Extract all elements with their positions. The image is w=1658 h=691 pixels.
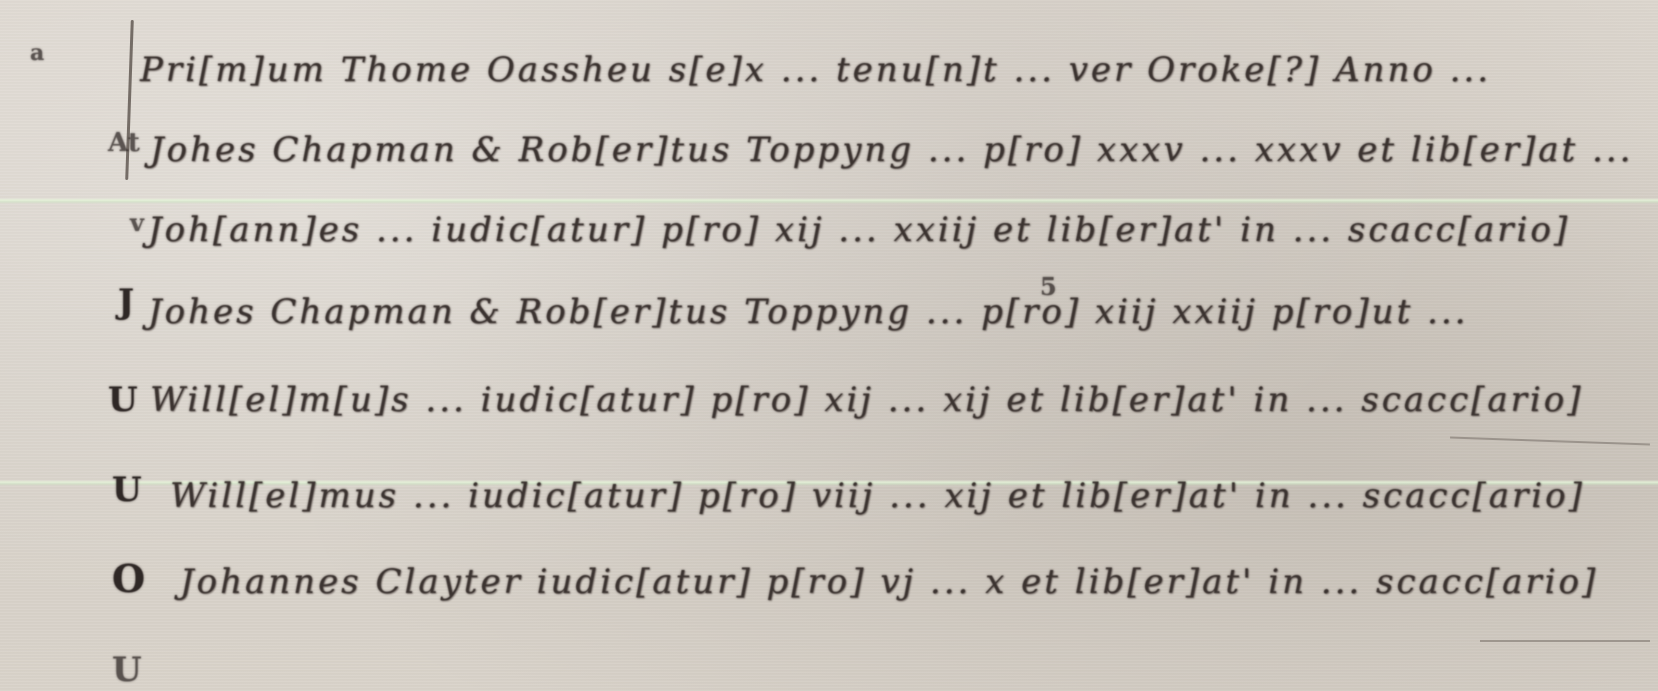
manuscript-line: Will[el]mus ... iudic[atur] p[ro] viij .… bbox=[170, 476, 1585, 516]
manuscript-line: Johes Chapman & Rob[er]tus Toppyng ... p… bbox=[150, 130, 1633, 170]
line-filler-stroke bbox=[1450, 437, 1650, 446]
manuscript-line: Will[el]m[u]s ... iudic[atur] p[ro] xij … bbox=[150, 380, 1584, 420]
line-marker: U bbox=[112, 650, 142, 690]
manuscript-line: Johannes Clayter iudic[atur] p[ro] vj ..… bbox=[180, 562, 1598, 602]
line-marker: U bbox=[108, 380, 138, 420]
manuscript-page: a Pri[m]um Thome Oassheu s[e]x ... tenu[… bbox=[0, 0, 1658, 691]
manuscript-line: Johes Chapman & Rob[er]tus Toppyng ... p… bbox=[148, 292, 1468, 332]
scan-artifact-line bbox=[0, 198, 1658, 204]
line-marker: a bbox=[30, 40, 44, 66]
manuscript-line: Joh[ann]es ... iudic[atur] p[ro] xij ...… bbox=[148, 210, 1570, 250]
line-marker: U bbox=[112, 470, 142, 510]
line-marker: J bbox=[118, 282, 134, 322]
line-marker: O bbox=[112, 556, 145, 601]
line-marker: v bbox=[130, 208, 144, 237]
manuscript-line: Pri[m]um Thome Oassheu s[e]x ... tenu[n]… bbox=[140, 50, 1491, 90]
superscript-note: 5 bbox=[1040, 272, 1057, 301]
line-filler-stroke bbox=[1480, 640, 1650, 642]
line-marker: At bbox=[108, 128, 140, 158]
